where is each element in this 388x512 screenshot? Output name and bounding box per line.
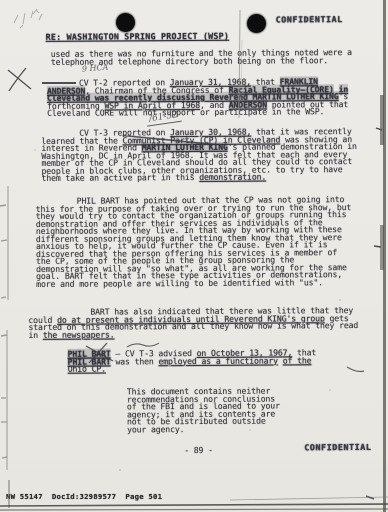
page-title: RE: WASHINGTON SPRING PROJECT (WSP) bbox=[46, 33, 230, 42]
paragraph: CV T-3 reported on January 30, 1968, tha… bbox=[41, 128, 359, 182]
confidential-stamp-top: CONFIDENTIAL bbox=[276, 16, 343, 24]
confidential-stamp-bottom: CONFIDENTIAL bbox=[304, 444, 371, 452]
handwritten-note: 9 HCA bbox=[82, 63, 109, 74]
disclaimer-block: This document contains neither recommend… bbox=[127, 387, 281, 433]
paragraph: BART has also indicated that there was l… bbox=[28, 307, 358, 339]
paragraph: PHIL BART — CV T-3 advised on October 13… bbox=[68, 349, 330, 373]
nara-footer: NW 55147 DocId:32989577 Page 501 bbox=[6, 493, 162, 501]
scanned-document-page: CONFIDENTIAL RE: WASHINGTON SPRING PROJE… bbox=[0, 0, 388, 512]
page-number: - 89 - bbox=[184, 447, 213, 455]
paragraph: CV T-2 reported on January 31, 1968, tha… bbox=[47, 78, 365, 117]
paragraph: PHIL BART has pointed out that the CP wa… bbox=[36, 196, 355, 288]
